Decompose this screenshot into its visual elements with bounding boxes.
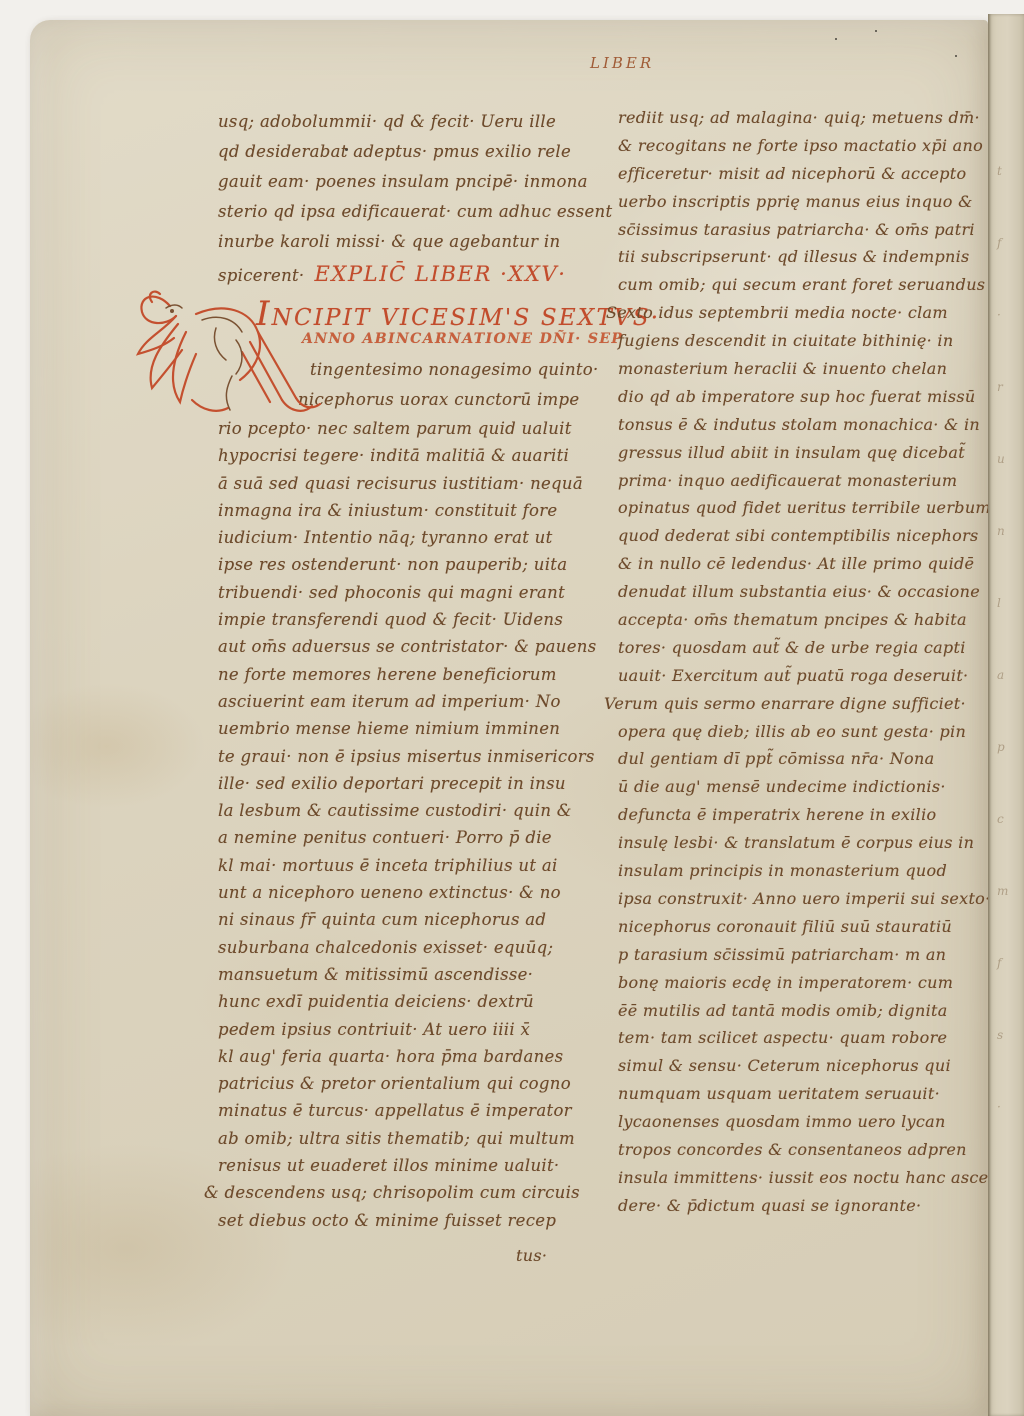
left-column-lower-lines: rio pcepto· nec saltem parum quid ualuit… bbox=[218, 419, 570, 1238]
next-folio-text-fragment: c bbox=[988, 812, 1024, 884]
manuscript-line: pedem ipsius contriuit· At uero iiii x̄ bbox=[218, 1020, 570, 1047]
manuscript-line: opera quę dieb; illis ab eo sunt gesta· … bbox=[618, 722, 982, 750]
manuscript-line: ab omib; ultra sitis thematib; qui multu… bbox=[218, 1129, 570, 1156]
manuscript-line: patricius & pretor orientalium qui cogno bbox=[218, 1074, 570, 1101]
next-folio-text-fragment: a bbox=[988, 668, 1024, 740]
manuscript-line: ēē mutilis ad tantā modis omib; dignita bbox=[618, 1001, 982, 1029]
parchment-speck bbox=[835, 38, 837, 40]
manuscript-line: bonę maioris ecdę in imperatorem· cum bbox=[618, 973, 982, 1001]
manuscript-line: unt a nicephoro ueneno extinctus· & no bbox=[218, 883, 570, 910]
manuscript-line: a nemine penitus contueri· Porro p̄ die bbox=[218, 828, 570, 855]
manuscript-line: rediit usq; ad malagina· quiq; metuens d… bbox=[618, 108, 982, 136]
left-column-upper-lines: usq; adobolummii· qd & fecit· Ueru illeq… bbox=[218, 112, 570, 262]
manuscript-line: gauit eam· poenes insulam pncipē· inmona bbox=[218, 172, 570, 202]
manuscript-line: minatus ē turcus· appellatus ē imperator bbox=[218, 1101, 570, 1128]
manuscript-line: la lesbum & cautissime custodiri· quin & bbox=[218, 801, 570, 828]
manuscript-line: inurbe karoli missi· & que agebantur in bbox=[218, 232, 570, 262]
manuscript-line: impie transferendi quod & fecit· Uidens bbox=[218, 610, 570, 637]
manuscript-line: ni sinaus fr̄ quinta cum nicephorus ad bbox=[218, 910, 570, 937]
next-folio-text-fragment: s bbox=[988, 1028, 1024, 1100]
manuscript-line: ille· sed exilio deportari precepit in i… bbox=[218, 774, 570, 801]
manuscript-line: simul & sensu· Ceterum nicephorus qui bbox=[618, 1056, 982, 1084]
manuscript-line: kl aug' feria quarta· hora p̄ma bardanes bbox=[218, 1047, 570, 1074]
manuscript-line: te graui· non ē ipsius misertus inmiseri… bbox=[218, 747, 570, 774]
manuscript-line: monasterium heraclii & inuento chelan bbox=[618, 359, 982, 387]
manuscript-line: p tarasium sc̄issimū patriarcham· m an bbox=[618, 945, 982, 973]
manuscript-line: nicephorus uorax cunctorū impe bbox=[298, 390, 570, 420]
manuscript-line: nicephorus coronauit filiū suū stauratiū bbox=[618, 917, 982, 945]
manuscript-line: tores· quosdam aut̃ & de urbe regia capt… bbox=[618, 638, 982, 666]
next-folio-text-fragment: · bbox=[988, 308, 1024, 380]
manuscript-line: dul gentiam dī ppt̃ cōmissa nr̄a· Nona bbox=[618, 749, 982, 777]
next-folio-text-fragment: r bbox=[988, 380, 1024, 452]
catchword: tus· bbox=[516, 1246, 570, 1265]
manuscript-line: uembrio mense hieme nimium imminen bbox=[218, 719, 570, 746]
manuscript-line: & in nullo cē ledendus· At ille primo qu… bbox=[618, 554, 982, 582]
parchment-speck bbox=[875, 30, 877, 32]
manuscript-line: hunc exdī puidentia deiciens· dextrū bbox=[218, 992, 570, 1019]
next-folio-text-fragment: m bbox=[988, 884, 1024, 956]
manuscript-line: usq; adobolummii· qd & fecit· Ueru ille bbox=[218, 112, 570, 142]
manuscript-line: tem· tam scilicet aspectu· quam robore bbox=[618, 1028, 982, 1056]
running-header: LIBER bbox=[590, 54, 654, 72]
next-folio-text-fragment: f bbox=[988, 956, 1024, 1028]
manuscript-line: renisus ut euaderet illos minime ualuit· bbox=[218, 1156, 570, 1183]
manuscript-line: tonsus ē & indutus stolam monachica· & i… bbox=[618, 415, 982, 443]
manuscript-line: ū die aug' mensē undecime indictionis· bbox=[618, 777, 982, 805]
manuscript-line: quod dederat sibi contemptibilis nicepho… bbox=[618, 526, 982, 554]
manuscript-line: tingentesimo nonagesimo quinto· bbox=[310, 360, 570, 390]
manuscript-line: dere· & p̄dictum quasi se ignorante· bbox=[618, 1196, 982, 1224]
manuscript-line: set diebus octo & minime fuisset recep bbox=[218, 1211, 570, 1238]
manuscript-line: tropos concordes & consentaneos adpren bbox=[618, 1140, 982, 1168]
manuscript-line: uauit· Exercitum aut̃ puatū roga deserui… bbox=[618, 666, 982, 694]
manuscript-line: suburbana chalcedonis exisset· equūq; bbox=[218, 938, 570, 965]
anno-rubric: ANNO ABINCARNATIONE DÑI· SEP bbox=[302, 331, 570, 360]
manuscript-line: ipse res ostenderunt· non pauperib; uita bbox=[218, 555, 570, 582]
manuscript-line: mansuetum & mitissimū ascendisse· bbox=[218, 965, 570, 992]
manuscript-line: kl mai· mortuus ē inceta triphilius ut a… bbox=[218, 856, 570, 883]
manuscript-line: Verum quis sermo enarrare digne sufficie… bbox=[604, 694, 982, 722]
next-folio-text-fragment: n bbox=[988, 524, 1024, 596]
manuscript-line: & recogitans ne forte ipso mactatio xp̄i… bbox=[618, 136, 982, 164]
next-folio-edge: tf·runlapcmfs· bbox=[988, 14, 1024, 1416]
manuscript-line: fugiens descendit in ciuitate bithinię· … bbox=[618, 331, 982, 359]
explicit-rubric: EXPLIC̄ LIBER ·XXV· bbox=[314, 262, 566, 286]
manuscript-line: defuncta ē imperatrix herene in exilio bbox=[618, 805, 982, 833]
manuscript-line: dio qd ab imperatore sup hoc fuerat miss… bbox=[618, 387, 982, 415]
manuscript-line: efficeretur· misit ad nicephorū & accept… bbox=[618, 164, 982, 192]
next-folio-text-fragment: t bbox=[988, 164, 1024, 236]
manuscript-line: ipsa construxit· Anno uero imperii sui s… bbox=[618, 889, 982, 917]
manuscript-line: qd desiderabat adeptus· pmus exilio rele bbox=[218, 142, 570, 172]
manuscript-line: prima· inquo aedificauerat monasterium bbox=[618, 471, 982, 499]
manuscript-line: iudicium· Intentio nāq; tyranno erat ut bbox=[218, 528, 570, 555]
manuscript-line: sterio qd ipsa edificauerat· cum adhuc e… bbox=[218, 202, 570, 232]
manuscript-line: ā suā sed quasi recisurus iustitiam· neq… bbox=[218, 474, 570, 501]
next-folio-text-fragment: f bbox=[988, 236, 1024, 308]
manuscript-line: aut om̄s aduersus se contristator· & pau… bbox=[218, 637, 570, 664]
manuscript-line: uerbo inscriptis pprię manus eius inquo … bbox=[618, 192, 982, 220]
manuscript-line: cum omib; qui secum erant foret seruandu… bbox=[618, 275, 982, 303]
manuscript-line: accepta· om̄s thematum pncipes & habita bbox=[618, 610, 982, 638]
manuscript-line: lycaonenses quosdam immo uero lycan bbox=[618, 1112, 982, 1140]
manuscript-line: insula immittens· iussit eos noctu hanc … bbox=[618, 1168, 982, 1196]
next-folio-text-fragment: · bbox=[988, 1100, 1024, 1172]
manuscript-line: sc̄issimus tarasius patriarcha· & om̄s p… bbox=[618, 220, 982, 248]
next-folio-text-fragment: p bbox=[988, 740, 1024, 812]
next-folio-text-fragment: u bbox=[988, 452, 1024, 524]
next-folio-text-fragment: l bbox=[988, 596, 1024, 668]
manuscript-line: & descendens usq; chrisopolim cum circui… bbox=[204, 1183, 570, 1210]
manuscript-line: ne forte memores herene beneficiorum bbox=[218, 665, 570, 692]
manuscript-line: asciuerint eam iterum ad imperium· No bbox=[218, 692, 570, 719]
zoomorphic-initial-icon bbox=[132, 280, 334, 430]
manuscript-line: tii subscripserunt· qd illesus & indempn… bbox=[618, 247, 982, 275]
manuscript-line: inmagna ira & iniustum· constituit fore bbox=[218, 501, 570, 528]
manuscript-line: opinatus quod fidet ueritus terribile ue… bbox=[618, 498, 982, 526]
manuscript-line: gressus illud abiit in insulam quę diceb… bbox=[618, 443, 982, 471]
manuscript-line: tribuendi· sed phoconis qui magni erant bbox=[218, 583, 570, 610]
manuscript-line: insulę lesbi· & translatum ē corpus eius… bbox=[618, 833, 982, 861]
manuscript-line: insulam principis in monasterium quod bbox=[618, 861, 982, 889]
manuscript-line: numquam usquam ueritatem seruauit· bbox=[618, 1084, 982, 1112]
parchment-speck bbox=[955, 55, 957, 57]
manuscript-line: Sexto idus septembrii media nocte· clam bbox=[606, 303, 982, 331]
manuscript-line: denudat illum substantia eius· & occasio… bbox=[618, 582, 982, 610]
right-column: rediit usq; ad malagina· quiq; metuens d… bbox=[618, 108, 982, 1224]
manuscript-line: hypocrisi tegere· inditā malitiā & auari… bbox=[218, 446, 570, 473]
